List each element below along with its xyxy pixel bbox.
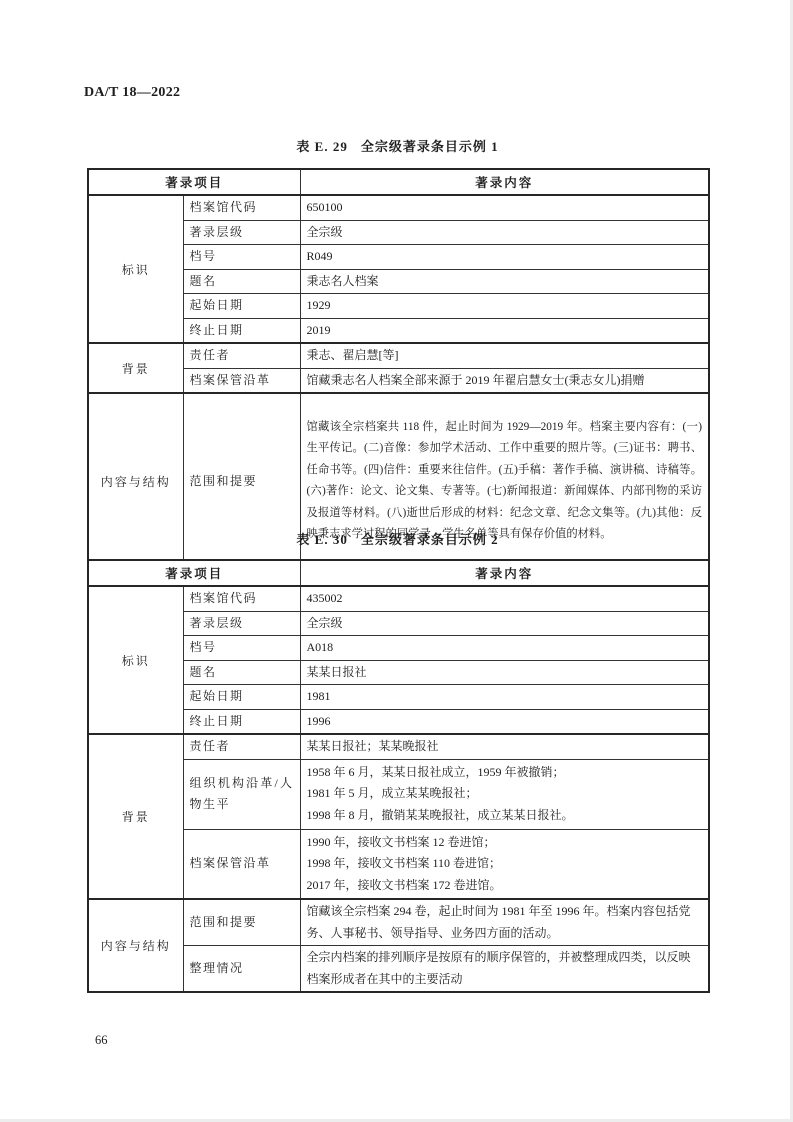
content-cell: 2019 (300, 318, 709, 343)
content-cell: 某某日报社；某某晚报社 (300, 734, 709, 759)
content-cell: 1981 (300, 685, 709, 710)
group-cell-content-structure: 内容与结构 (88, 899, 183, 992)
table-e29: 著录项目 著录内容 标识 档案馆代码 650100 著录层级 全宗级 档号 R0… (87, 168, 710, 570)
item-label-cell: 著录层级 (183, 611, 300, 636)
group-cell-identification: 标识 (88, 195, 183, 343)
item-label-cell: 终止日期 (183, 709, 300, 734)
item-label-cell: 范围和提要 (183, 899, 300, 946)
item-label-cell: 档案馆代码 (183, 195, 300, 220)
item-label-cell: 题名 (183, 269, 300, 294)
group-cell-background: 背景 (88, 343, 183, 393)
content-cell: 435002 (300, 586, 709, 611)
table-e29-caption-title: 全宗级著录条目示例 1 (361, 139, 499, 154)
item-label-cell: 组织机构沿革/人物生平 (183, 759, 300, 829)
item-label-cell: 责任者 (183, 343, 300, 368)
content-cell: 某某日报社 (300, 660, 709, 685)
item-label-cell: 题名 (183, 660, 300, 685)
item-label-cell: 起始日期 (183, 685, 300, 710)
item-label-cell: 档案保管沿革 (183, 829, 300, 899)
content-cell: 全宗级 (300, 611, 709, 636)
content-cell: 馆藏秉志名人档案全部来源于 2019 年翟启慧女士(秉志女儿)捐赠 (300, 368, 709, 393)
item-label-cell: 档案馆代码 (183, 586, 300, 611)
content-cell: 秉志、翟启慧[等] (300, 343, 709, 368)
table-e29-header-row: 著录项目 著录内容 (88, 169, 709, 195)
item-label-cell: 终止日期 (183, 318, 300, 343)
col-header-content: 著录内容 (300, 169, 709, 195)
scope-summary-text: 馆藏该全宗档案共 118 件，起止时间为 1929—2019 年。档案主要内容有… (307, 417, 703, 546)
table-e30-caption-label: 表 E. 30 (296, 532, 347, 547)
standard-code: DA/T 18—2022 (84, 85, 180, 101)
content-cell: 1990 年，接收文书档案 12 卷进馆； 1998 年，接收文书档案 110 … (300, 829, 709, 899)
table-row: 标识 档案馆代码 435002 (88, 586, 709, 611)
item-label-cell: 档号 (183, 636, 300, 661)
item-label-cell: 责任者 (183, 734, 300, 759)
table-e30-header-row: 著录项目 著录内容 (88, 560, 709, 586)
item-label-cell: 起始日期 (183, 294, 300, 319)
content-cell: A018 (300, 636, 709, 661)
col-header-item: 著录项目 (88, 169, 300, 195)
group-cell-background: 背景 (88, 734, 183, 899)
col-header-content: 著录内容 (300, 560, 709, 586)
table-e29-caption: 表 E. 29全宗级著录条目示例 1 (87, 136, 708, 155)
group-cell-identification: 标识 (88, 586, 183, 734)
content-cell: R049 (300, 245, 709, 270)
item-label-cell: 整理情况 (183, 946, 300, 993)
table-row: 背景 责任者 秉志、翟启慧[等] (88, 343, 709, 368)
table-e30: 著录项目 著录内容 标识 档案馆代码 435002 著录层级 全宗级 档号 A0… (87, 559, 710, 993)
document-page: DA/T 18—2022 表 E. 29全宗级著录条目示例 1 著录项目 著录内… (0, 0, 793, 1122)
content-cell: 全宗内档案的排列顺序是按原有的顺序保管的，并被整理成四类，以反映档案形成者在其中… (300, 946, 709, 993)
item-label-cell: 档案保管沿革 (183, 368, 300, 393)
item-label-cell: 档号 (183, 245, 300, 270)
content-cell: 1929 (300, 294, 709, 319)
table-row: 标识 档案馆代码 650100 (88, 195, 709, 220)
item-label-cell: 著录层级 (183, 220, 300, 245)
content-cell: 馆藏该全宗档案 294 卷，起止时间为 1981 年至 1996 年。档案内容包… (300, 899, 709, 946)
col-header-item: 著录项目 (88, 560, 300, 586)
content-cell: 秉志名人档案 (300, 269, 709, 294)
table-e30-caption: 表 E. 30全宗级著录条目示例 2 (87, 529, 708, 548)
content-cell: 1996 (300, 709, 709, 734)
table-row: 背景 责任者 某某日报社；某某晚报社 (88, 734, 709, 759)
content-cell: 全宗级 (300, 220, 709, 245)
content-cell: 650100 (300, 195, 709, 220)
page-number: 66 (95, 1033, 108, 1048)
table-e30-caption-title: 全宗级著录条目示例 2 (361, 532, 499, 547)
table-row: 内容与结构 范围和提要 馆藏该全宗档案 294 卷，起止时间为 1981 年至 … (88, 899, 709, 946)
table-e29-caption-label: 表 E. 29 (296, 139, 347, 154)
content-cell: 1958 年 6 月，某某日报社成立，1959 年被撤销； 1981 年 5 月… (300, 759, 709, 829)
